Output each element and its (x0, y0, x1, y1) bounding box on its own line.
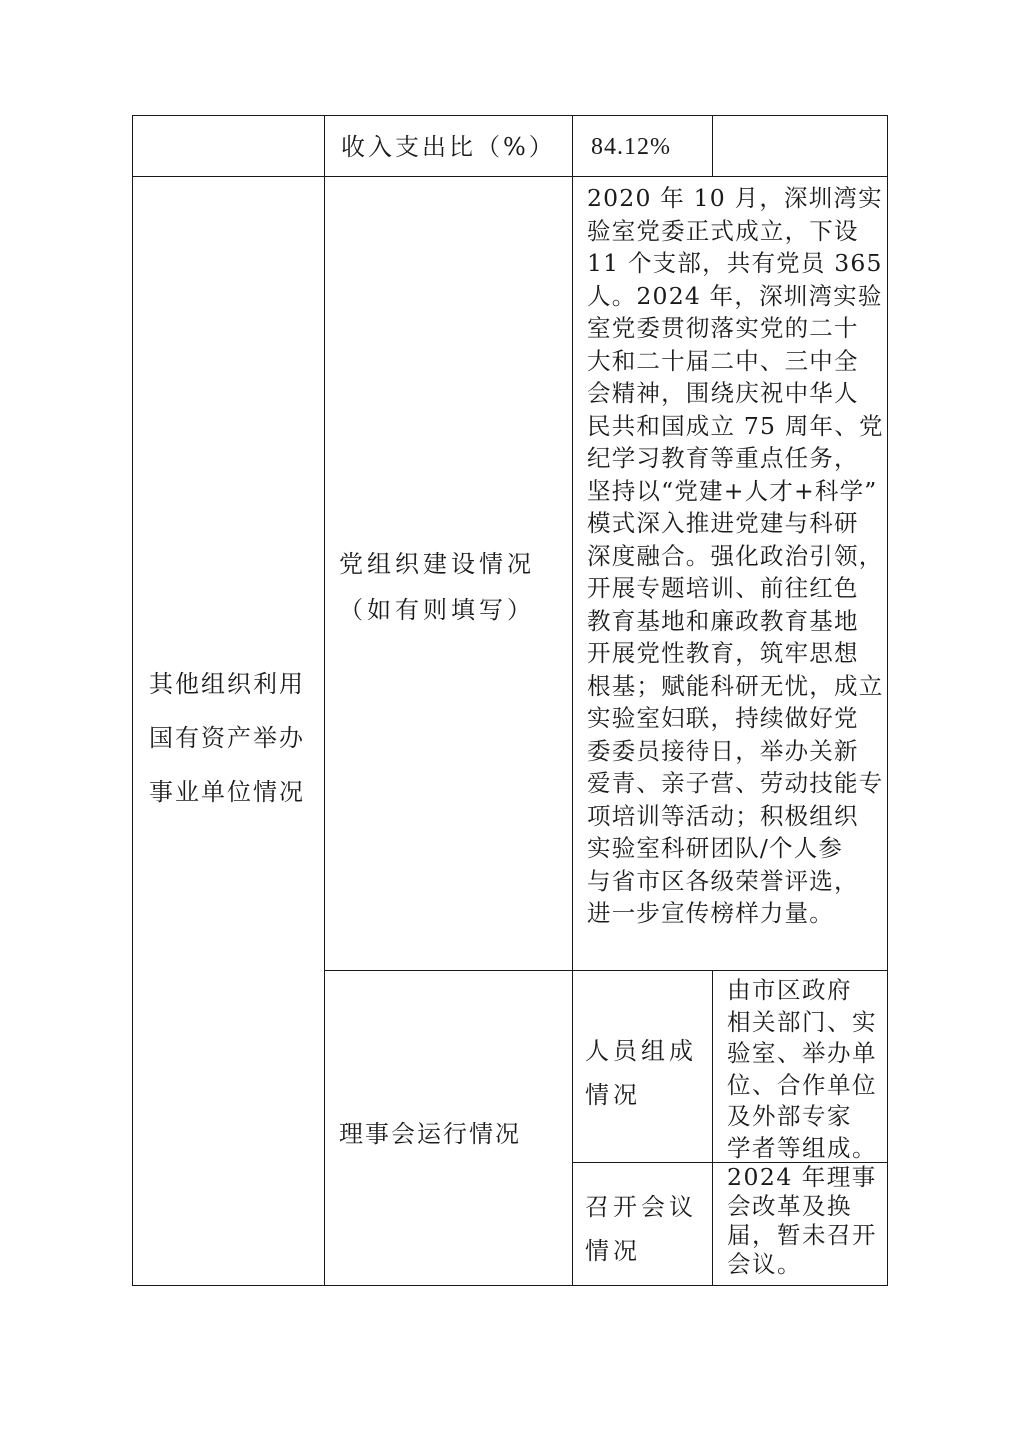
board-label-cell: 理事会运行情况 (324, 970, 573, 1286)
meetings-label: 召开会议 情况 (585, 1185, 697, 1273)
ratio-extra-cell (712, 115, 888, 177)
meetings-content: 2024 年理事 会改革及换 届，暂未召开 会议。 (727, 1163, 877, 1279)
ratio-label: 收入支出比（%） (341, 130, 556, 164)
party-content: 2020 年 10 月，深圳湾实 验室党委正式成立，下设 11 个支部，共有党员… (587, 182, 884, 930)
party-label-cell: 党组织建设情况 （如有则填写） (324, 176, 573, 971)
ratio-label-cell: 收入支出比（%） (324, 115, 573, 177)
members-label: 人员组成 情况 (585, 1029, 697, 1117)
section-label: 其他组织利用 国有资产举办 事业单位情况 (149, 657, 305, 819)
members-content-cell: 由市区政府 相关部门、实 验室、举办单 位、合作单位 及外部专家 学者等组成。 (712, 970, 888, 1163)
meetings-label-cell: 召开会议 情况 (572, 1162, 713, 1286)
party-content-cell: 2020 年 10 月，深圳湾实 验室党委正式成立，下设 11 个支部，共有党员… (572, 176, 888, 971)
meetings-content-cell: 2024 年理事 会改革及换 届，暂未召开 会议。 (712, 1162, 888, 1286)
party-label: 党组织建设情况 （如有则填写） (339, 541, 535, 633)
members-content: 由市区政府 相关部门、实 验室、举办单 位、合作单位 及外部专家 学者等组成。 (727, 975, 877, 1164)
board-label: 理事会运行情况 (339, 1117, 521, 1151)
ratio-value-cell: 84.12% (572, 115, 713, 177)
members-label-cell: 人员组成 情况 (572, 970, 713, 1163)
ratio-value: 84.12% (591, 130, 671, 164)
section-label-cell: 其他组织利用 国有资产举办 事业单位情况 (132, 176, 325, 1286)
row-ratio-empty-cell (132, 115, 325, 177)
